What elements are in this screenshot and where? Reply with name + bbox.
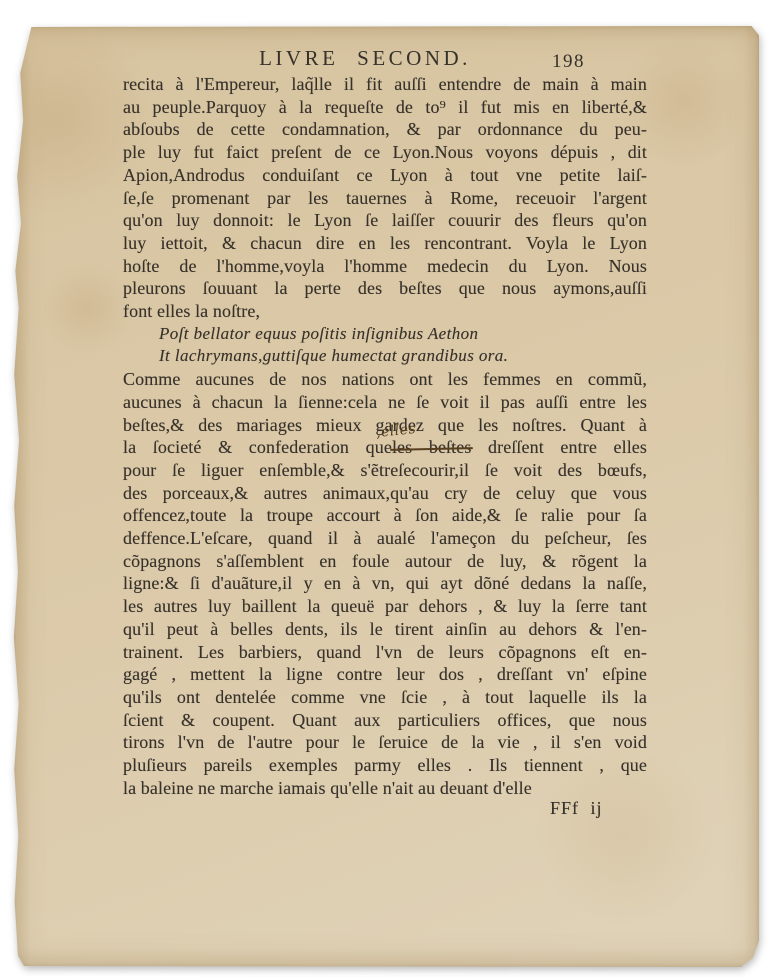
text-line: qu'il peut à belles dents, ils le tirent… <box>123 618 647 641</box>
text-line: Comme aucunes de nos nations ont les fem… <box>123 368 647 391</box>
text-line: gagé , mettent la ligne contre leur dos … <box>123 663 647 686</box>
verse-line: Poſt bellator equus poſitis inſignibus A… <box>123 323 647 346</box>
book-page: LIVRE SECOND. 198 recita à l'Empereur, l… <box>12 26 759 967</box>
text-line: ligne:& ſi d'auãture,il y en à vn, qui a… <box>123 572 647 595</box>
text-line: pluſieurs pareils exemples parmy elles .… <box>123 754 647 777</box>
text-line: au peuple.Parquoy à la requeſte de to⁹ i… <box>123 96 647 119</box>
struck-out-text: les beſtes,elles <box>392 437 472 457</box>
text-line: tirons l'vn de l'autre pour le ſeruice d… <box>123 731 647 754</box>
text-segment: dreſſent entre elles <box>471 437 647 457</box>
text-line: ſcient & coupent. Quant aux particuliers… <box>123 709 647 732</box>
text-line: luy iettoit, & chacun dire en les rencon… <box>123 232 647 255</box>
text-line: abſoubs de cette condamnation, & par ord… <box>123 118 647 141</box>
header-title: LIVRE SECOND. <box>259 46 471 70</box>
text-line: les autres luy baillent la queuë par deh… <box>123 595 647 618</box>
text-segment: la ſocieté & confederation que <box>123 437 392 457</box>
text-line: la baleine ne marche iamais qu'elle n'ai… <box>123 777 647 800</box>
text-line: hoſte de l'homme,voyla l'homme medecin d… <box>123 255 647 278</box>
page-wrap: LIVRE SECOND. 198 recita à l'Empereur, l… <box>12 26 759 967</box>
text-line: qu'on luy donnoit: le Lyon ſe laiſſer co… <box>123 209 647 232</box>
text-line: pleurons ſouuant la perte des beſtes que… <box>123 277 647 300</box>
text-line: offencez,toute la troupe accourt à ſon a… <box>123 504 647 527</box>
text-line: Apion,Androdus conduiſant ce Lyon à tout… <box>123 164 647 187</box>
running-header: LIVRE SECOND. <box>103 46 627 71</box>
text-line: deffence.L'eſcare, quand il à aualé l'am… <box>123 527 647 550</box>
signature-mark: FFf ij <box>550 798 603 819</box>
text-line: recita à l'Empereur, laq̃lle il fit auſſ… <box>123 73 647 96</box>
text-block: recita à l'Empereur, laq̃lle il fit auſſ… <box>123 73 647 800</box>
page-number: 198 <box>552 51 585 73</box>
text-line: trainent. Les barbiers, quand l'vn de le… <box>123 641 647 664</box>
text-line: la ſocieté & confederation queles beſtes… <box>123 436 647 459</box>
text-line: ple luy fut faict preſent de ce Lyon.Nou… <box>123 141 647 164</box>
scanned-page-photo: LIVRE SECOND. 198 recita à l'Empereur, l… <box>0 0 768 977</box>
text-line: pour ſe liguer enſemble,& s'ẽtreſecourir… <box>123 459 647 482</box>
text-line: cõpagnons s'aſſemblent en foule autour d… <box>123 550 647 573</box>
text-line: des porceaux,& autres animaux,qu'au cry … <box>123 482 647 505</box>
text-line: qu'ils ont dentelée comme vne ſcie , à t… <box>123 686 647 709</box>
text-line: aucunes à chacun la ſienne:cela ne ſe vo… <box>123 391 647 414</box>
handwritten-annotation: ,elles <box>375 422 416 440</box>
text-line: font elles la noſtre, <box>123 300 647 323</box>
text-line: ſe,ſe promenant par les tauernes à Rome,… <box>123 187 647 210</box>
verse-line: It lachrymans,guttiſque humectat grandib… <box>123 345 647 368</box>
